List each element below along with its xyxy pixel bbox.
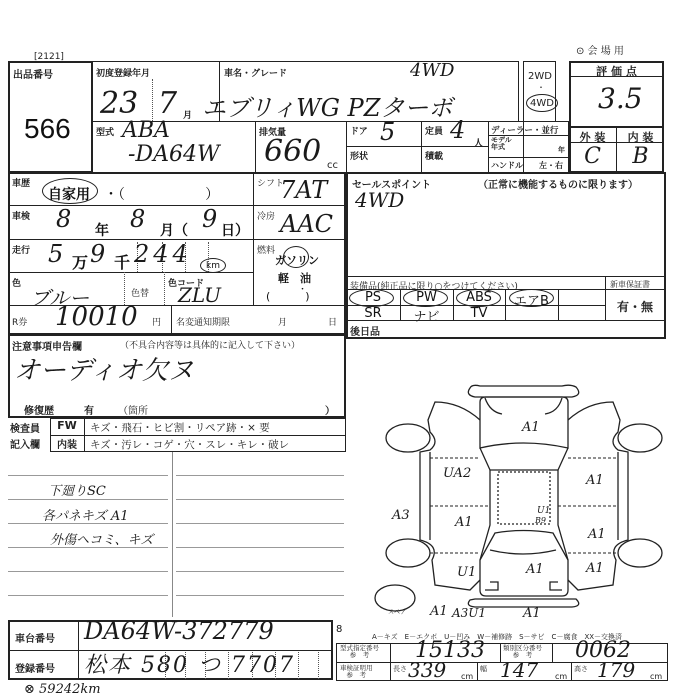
fuel-gasoline-circle xyxy=(283,246,309,268)
inspector-note-1: 下廻りSC xyxy=(48,480,106,499)
notes-value: オーディオ欠ヌ xyxy=(14,350,194,387)
shape-label: 形状 xyxy=(350,149,368,162)
width-label: 幅 xyxy=(480,664,487,674)
lot-label: 出品番号 xyxy=(13,66,53,81)
fw-items: キズ・飛石・ヒビ割・リペア跡・× 要 xyxy=(90,420,270,435)
inspection-year-unit: 年 xyxy=(95,220,109,240)
equip-sr[interactable]: SR xyxy=(346,306,400,321)
history-rest: ・（ ） xyxy=(104,184,219,204)
first-registration-year: 23 xyxy=(100,86,138,121)
class-number-label: 類別区分番号 参 考 xyxy=(503,645,542,659)
inspection-month-unit: 月（ xyxy=(160,220,188,240)
spare-label: スペア xyxy=(388,609,406,615)
interior-label: 内 装 xyxy=(617,129,664,145)
exterior-label: 外 装 xyxy=(569,129,616,145)
length-unit: cm xyxy=(461,672,473,681)
recycle-value: 10010 xyxy=(55,302,138,332)
handle-label: ハンドル xyxy=(491,160,523,171)
width-value: 147 xyxy=(500,658,538,682)
mark-roof-b9: B9 xyxy=(535,516,546,525)
registration-label: 登録番号 xyxy=(15,660,55,675)
width-unit: cm xyxy=(555,672,567,681)
mark-left-side: A3 xyxy=(392,508,410,523)
inspection-year: 8 xyxy=(56,205,71,233)
month-unit: 月 xyxy=(183,108,192,121)
doors-label: ドア xyxy=(350,124,368,137)
displacement-value: 660 xyxy=(264,134,321,169)
inspection-day-unit: 日） xyxy=(221,220,249,240)
lot-number: 566 xyxy=(24,113,71,145)
mileage-note: ⊗ 59242km xyxy=(24,682,101,697)
mileage-sen: 9 xyxy=(90,240,105,268)
recycle-label: R券 xyxy=(12,315,27,328)
chassis-label: 車台番号 xyxy=(15,630,55,645)
fuel-paren: ( ) xyxy=(266,290,310,303)
model-year-unit: 年 xyxy=(558,145,565,155)
mileage-sen-unit: 千 xyxy=(114,250,130,273)
height-label: 高さ xyxy=(574,664,588,674)
mileage-rest: 244 xyxy=(134,240,192,268)
registration-value: 松本 580 つ 7707 xyxy=(84,648,295,679)
first-registration-label: 初度登録年月 xyxy=(96,66,150,79)
height-value: 179 xyxy=(597,658,635,682)
name-change-month: 月 xyxy=(278,315,287,328)
mark-left-rear-door: A1 xyxy=(455,515,473,530)
recycle-unit: 円 xyxy=(152,315,161,328)
repair-label: 修復歴 xyxy=(24,402,54,417)
aircon-value: AAC xyxy=(280,210,333,238)
equip-airbag-circle xyxy=(509,289,554,307)
warranty-label: 新車保証書 xyxy=(610,279,650,290)
interior-grade: B xyxy=(617,144,664,169)
mark-left-front-door: UA2 xyxy=(443,466,471,481)
history-circle xyxy=(42,178,98,204)
model-code-label: 型式 xyxy=(96,125,114,138)
type-designation-label: 型式指定番号 参 考 xyxy=(340,645,379,659)
inspector-note-2: 各パネキズ A1 xyxy=(42,505,129,524)
equip-ps-circle xyxy=(349,289,394,307)
history-label: 車歴 xyxy=(12,176,30,189)
grade-label: 評 価 点 xyxy=(569,63,664,79)
capacity-value: 4 xyxy=(450,116,465,144)
name-change-day: 日 xyxy=(328,315,337,328)
mark-right-rear-door: A1 xyxy=(588,527,606,542)
equip-tv[interactable]: TV xyxy=(453,306,505,321)
model-code-line2: -DA64W xyxy=(128,142,220,167)
height-unit: cm xyxy=(650,672,662,681)
doors-value: 5 xyxy=(380,118,395,146)
mileage-man-unit: 万 xyxy=(72,250,88,273)
color-code-value: ZLU xyxy=(178,283,221,307)
shift-value: 7AT xyxy=(280,176,327,204)
color-label: 色 xyxy=(12,276,21,289)
first-registration-month: 7 xyxy=(158,86,177,121)
inspection-day: 9 xyxy=(202,205,217,233)
repair-close: ） xyxy=(325,402,335,417)
mark-rear-bumper: A1 xyxy=(523,606,541,621)
interior-items: キズ・汚レ・コゲ・穴・スレ・キレ・破レ xyxy=(90,437,289,452)
sales-point-value: 4WD xyxy=(355,188,404,212)
cert-label: 車検証明用 参 考 xyxy=(340,665,373,679)
mark-rear-gate: A1 xyxy=(526,562,544,577)
mark-roof-u1: U1 xyxy=(537,506,550,516)
inspection-label: 車検 xyxy=(12,209,30,222)
name-change-label: 名変通知期限 xyxy=(176,315,230,328)
length-value: 339 xyxy=(408,658,446,682)
model-year-label: モデル 年式 xyxy=(491,137,512,151)
mark-hood: A1 xyxy=(522,420,540,435)
length-label: 長さ xyxy=(393,664,407,674)
drive-separator: ・ xyxy=(537,82,545,93)
fuel-label: 燃料 xyxy=(257,243,275,256)
mark-right-quarter: A1 xyxy=(586,561,604,576)
mark-rear-bumper-left: A3U1 xyxy=(452,606,486,620)
venue-mark: ⊙ 会 場 用 xyxy=(576,42,624,57)
car-name-note: 4WD xyxy=(410,60,454,81)
km-circle xyxy=(200,258,226,273)
equip-navi[interactable]: ナビ xyxy=(400,306,453,325)
chassis-value: DA64W-372779 xyxy=(84,617,274,645)
inspector-note-3: 外傷ヘコミ、キズ xyxy=(50,529,153,548)
repair-paren: （箇所 xyxy=(118,402,148,417)
grade-value: 3.5 xyxy=(598,82,643,115)
inspector-label-2: 記入欄 xyxy=(10,436,40,451)
displacement-unit: cc xyxy=(327,160,338,171)
drive-2wd[interactable]: 2WD xyxy=(528,71,552,82)
inspection-month: 8 xyxy=(130,205,145,233)
repaint-label: 色替 xyxy=(131,286,149,299)
capacity-label: 定員 xyxy=(425,124,443,137)
equip-pw-circle xyxy=(403,289,448,307)
mark-right-front-door: A1 xyxy=(586,473,604,488)
fw-label: FW xyxy=(50,419,84,432)
mileage-man: 5 xyxy=(48,240,63,268)
interior-insp-label: 内装 xyxy=(50,436,84,451)
drive-4wd-circle xyxy=(526,94,558,112)
exterior-grade: C xyxy=(569,144,616,169)
car-name-label: 車名・グレード xyxy=(224,66,287,79)
load-label: 積載 xyxy=(425,149,443,162)
equip-abs-circle xyxy=(456,289,501,307)
warranty-value: 有・無 xyxy=(617,298,653,315)
chassis-suffix: 8 xyxy=(336,624,342,635)
inspector-label-1: 検査員 xyxy=(10,420,40,435)
mark-left-quarter: U1 xyxy=(457,565,476,580)
handle-options: 左・右 xyxy=(539,160,563,171)
mark-left-rear-corner: A1 xyxy=(430,604,448,619)
mileage-label: 走行 xyxy=(12,243,30,256)
car-diagram: スペア xyxy=(340,360,700,615)
later-items-label: 後日品 xyxy=(350,323,380,338)
sales-point-note: （正常に機能するものに限ります） xyxy=(478,176,638,191)
aircon-label: 冷房 xyxy=(257,209,275,222)
repair-value: 有 xyxy=(84,402,94,417)
model-code-line1: ABA xyxy=(122,118,170,143)
car-name-value: エブリィWG PZターボ xyxy=(202,88,452,123)
